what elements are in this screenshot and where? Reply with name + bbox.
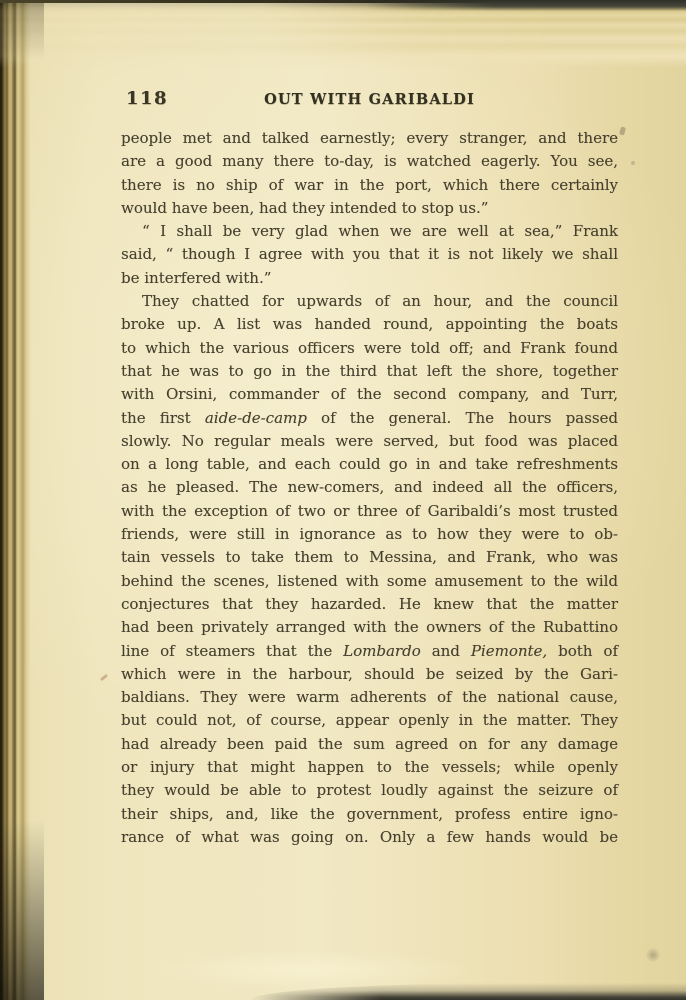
text-line: which were in the harbour, should be sei…: [121, 663, 618, 686]
text-line: rance of what was going on. Only a few h…: [121, 826, 618, 849]
page-top-edge-streaks: [0, 2, 686, 68]
text-line: with Orsini, commander of the second com…: [121, 383, 618, 406]
text-line: people met and talked earnestly; every s…: [121, 127, 618, 150]
text-line: line of steamers that the Lombardo and P…: [121, 640, 618, 663]
text-line: they would be able to protest loudly aga…: [121, 779, 618, 802]
text-line: baldians. They were warm adherents of th…: [121, 686, 618, 709]
text-line: conjectures that they hazarded. He knew …: [121, 593, 618, 616]
text-line: They chatted for upwards of an hour, and…: [121, 290, 618, 313]
text-line: to which the various officers were told …: [121, 337, 618, 360]
body-text: people met and talked earnestly; every s…: [121, 127, 618, 849]
book-page-photo: 118 OUT WITH GARIBALDI people met and ta…: [0, 0, 686, 1000]
text-line: friends, were still in ignorance as to h…: [121, 523, 618, 546]
text-line: slowly. No regular meals were served, bu…: [121, 430, 618, 453]
text-line: had already been paid the sum agreed on …: [121, 733, 618, 756]
text-line: be interfered with.”: [121, 267, 618, 290]
foxing-speck: [645, 948, 661, 962]
foxing-speck: [631, 161, 635, 165]
photo-top-right-shadow: [366, 0, 686, 11]
text-line: tain vessels to take them to Messina, an…: [121, 546, 618, 569]
text-line: their ships, and, like the government, p…: [121, 803, 618, 826]
text-line: had been privately arranged with the own…: [121, 616, 618, 639]
text-line: the first aide-de-camp of the general. T…: [121, 407, 618, 430]
text-line: but could not, of course, appear openly …: [121, 709, 618, 732]
text-line: behind the scenes, listened with some am…: [121, 570, 618, 593]
text-line: broke up. A list was handed round, appoi…: [121, 313, 618, 336]
text-line: would have been, had they intended to st…: [121, 197, 618, 220]
text-line: with the exception of two or three of Ga…: [121, 500, 618, 523]
page-header: 118 OUT WITH GARIBALDI: [121, 88, 618, 110]
foxing-speck: [287, 322, 290, 325]
foxing-speck: [100, 674, 108, 681]
text-line: said, “ though I agree with you that it …: [121, 243, 618, 266]
foxing-speck: [619, 126, 626, 135]
text-line: that he was to go in the third that left…: [121, 360, 618, 383]
book-binding-shadow: [0, 0, 44, 1000]
text-line: are a good many there to-day, is watched…: [121, 150, 618, 173]
text-line: or injury that might happen to the vesse…: [121, 756, 618, 779]
text-line: as he pleased. The new-comers, and indee…: [121, 476, 618, 499]
text-line: on a long table, and each could go in an…: [121, 453, 618, 476]
text-line: there is no ship of war in the port, whi…: [121, 174, 618, 197]
text-line: “ I shall be very glad when we are well …: [121, 220, 618, 243]
running-header: OUT WITH GARIBALDI: [121, 91, 618, 108]
